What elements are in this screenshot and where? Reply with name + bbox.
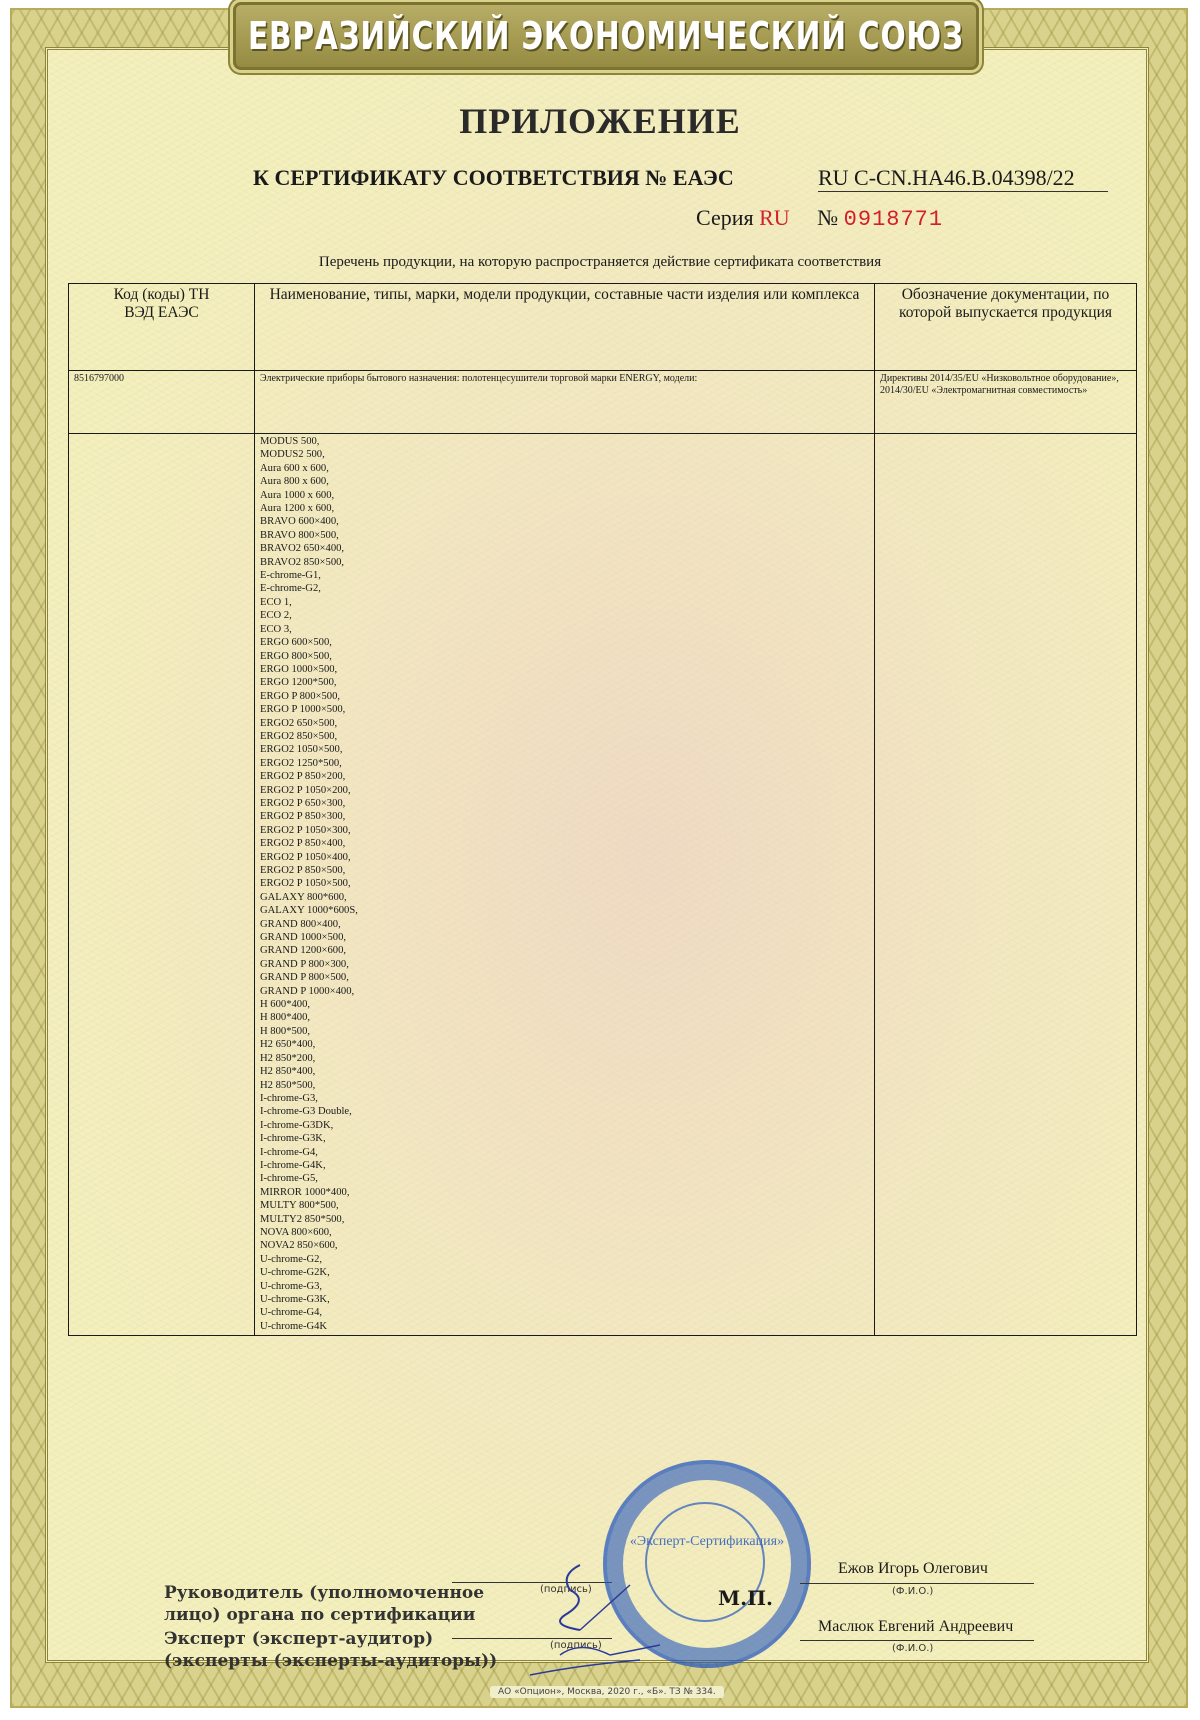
empty-cell xyxy=(875,434,1137,1336)
list-item: ERGO P 1000×500, xyxy=(260,703,869,716)
documentation: Директивы 2014/35/EU «Низковольтное обор… xyxy=(875,371,1137,434)
list-item: Aura 600 x 600, xyxy=(260,462,869,475)
list-item: BRAVO 800×500, xyxy=(260,529,869,542)
list-item: NOVA 800×600, xyxy=(260,1226,869,1239)
header-name: Наименование, типы, марки, модели продук… xyxy=(255,284,875,371)
list-item: U-chrome-G2, xyxy=(260,1253,869,1266)
list-item: MULTY 800*500, xyxy=(260,1199,869,1212)
list-item: GRAND P 1000×400, xyxy=(260,985,869,998)
list-item: U-chrome-G3, xyxy=(260,1280,869,1293)
list-item: ERGO2 P 850×300, xyxy=(260,810,869,823)
hs-code: 8516797000 xyxy=(69,371,255,434)
empty-cell xyxy=(69,434,255,1336)
list-item: ERGO2 P 1050×200, xyxy=(260,784,869,797)
list-item: BRAVO2 650×400, xyxy=(260,542,869,555)
head-label-line2: лицо) органа по сертификации xyxy=(164,1604,484,1626)
list-caption: Перечень продукции, на которую распростр… xyxy=(0,254,1200,271)
stamp-mark: М.П. xyxy=(718,1586,773,1610)
list-item: I-chrome-G4K, xyxy=(260,1159,869,1172)
table-row: MODUS 500,MODUS2 500,Aura 600 x 600,Aura… xyxy=(69,434,1137,1336)
list-item: BRAVO2 850×500, xyxy=(260,556,869,569)
expert-label-line2: (эксперты (эксперты-аудиторы)) xyxy=(164,1650,497,1672)
list-item: ERGO2 1250*500, xyxy=(260,757,869,770)
list-item: Aura 1000 x 600, xyxy=(260,489,869,502)
list-item: H 600*400, xyxy=(260,998,869,1011)
product-description: Электрические приборы бытового назначени… xyxy=(255,371,875,434)
list-item: MIRROR 1000*400, xyxy=(260,1186,869,1199)
union-banner: ЕВРАЗИЙСКИЙ ЭКОНОМИЧЕСКИЙ СОЮЗ xyxy=(233,2,979,70)
list-item: ERGO 1200*500, xyxy=(260,676,869,689)
list-item: BRAVO 600×400, xyxy=(260,515,869,528)
list-item: ERGO2 650×500, xyxy=(260,717,869,730)
certificate-number: RU C-CN.HA46.B.04398/22 xyxy=(818,165,1108,192)
expert-label-line1: Эксперт (эксперт-аудитор) xyxy=(164,1628,497,1650)
list-item: MODUS 500, xyxy=(260,435,869,448)
list-item: I-chrome-G3 Double, xyxy=(260,1105,869,1118)
head-label: Руководитель (уполномоченное лицо) орган… xyxy=(164,1582,484,1626)
header-documentation: Обозначение документации, по которой вып… xyxy=(875,284,1137,371)
list-item: ERGO 800×500, xyxy=(260,650,869,663)
list-item: U-chrome-G3K, xyxy=(260,1293,869,1306)
list-item: U-chrome-G4K xyxy=(260,1320,869,1333)
list-item: MULTY2 850*500, xyxy=(260,1213,869,1226)
series-label: Серия xyxy=(696,205,754,230)
list-item: I-chrome-G3DK, xyxy=(260,1119,869,1132)
head-fio-line xyxy=(800,1583,1034,1584)
expert-fio-caption: (Ф.И.О.) xyxy=(892,1643,933,1654)
list-item: ECO 2, xyxy=(260,609,869,622)
series-row: Серия RU № 0918771 xyxy=(696,205,943,232)
expert-label: Эксперт (эксперт-аудитор) (эксперты (экс… xyxy=(164,1628,497,1672)
list-item: ERGO P 800×500, xyxy=(260,690,869,703)
list-item: GRAND 1000×500, xyxy=(260,931,869,944)
list-item: E-chrome-G1, xyxy=(260,569,869,582)
certificate-label: К СЕРТИФИКАТУ СООТВЕТСТВИЯ № ЕАЭС xyxy=(253,165,734,191)
page-title: ПРИЛОЖЕНИЕ xyxy=(0,100,1200,142)
list-item: I-chrome-G5, xyxy=(260,1172,869,1185)
list-item: U-chrome-G2K, xyxy=(260,1266,869,1279)
list-item: I-chrome-G3, xyxy=(260,1092,869,1105)
table-header-row: Код (коды) ТН ВЭД ЕАЭС Наименование, тип… xyxy=(69,284,1137,371)
list-item: ERGO2 P 850×400, xyxy=(260,837,869,850)
list-item: GRAND 800×400, xyxy=(260,918,869,931)
list-item: I-chrome-G4, xyxy=(260,1146,869,1159)
list-item: H2 650*400, xyxy=(260,1038,869,1051)
series-value: RU xyxy=(759,205,790,230)
list-item: ERGO2 P 850×200, xyxy=(260,770,869,783)
list-item: ERGO2 P 850×500, xyxy=(260,864,869,877)
serial-number: 0918771 xyxy=(844,207,943,232)
number-label: № xyxy=(817,205,838,230)
list-item: GALAXY 800*600, xyxy=(260,891,869,904)
list-item: ERGO 1000×500, xyxy=(260,663,869,676)
list-item: ECO 1, xyxy=(260,596,869,609)
list-item: H2 850*200, xyxy=(260,1052,869,1065)
list-item: I-chrome-G3K, xyxy=(260,1132,869,1145)
head-name: Ежов Игорь Олегович xyxy=(838,1560,988,1578)
list-item: MODUS2 500, xyxy=(260,448,869,461)
union-name: ЕВРАЗИЙСКИЙ ЭКОНОМИЧЕСКИЙ СОЮЗ xyxy=(248,14,964,58)
list-item: Aura 800 x 600, xyxy=(260,475,869,488)
handwritten-signature xyxy=(520,1545,670,1685)
list-item: ERGO 600×500, xyxy=(260,636,869,649)
head-label-line1: Руководитель (уполномоченное xyxy=(164,1582,484,1604)
list-item: Aura 1200 x 600, xyxy=(260,502,869,515)
list-item: GRAND P 800×300, xyxy=(260,958,869,971)
models-list: MODUS 500,MODUS2 500,Aura 600 x 600,Aura… xyxy=(255,434,875,1336)
products-table: Код (коды) ТН ВЭД ЕАЭС Наименование, тип… xyxy=(68,283,1137,1336)
list-item: ERGO2 P 1050×500, xyxy=(260,877,869,890)
list-item: ERGO2 850×500, xyxy=(260,730,869,743)
list-item: ERGO2 P 1050×300, xyxy=(260,824,869,837)
header-code: Код (коды) ТН ВЭД ЕАЭС xyxy=(69,284,255,371)
list-item: ERGO2 P 650×300, xyxy=(260,797,869,810)
table-row: 8516797000 Электрические приборы бытовог… xyxy=(69,371,1137,434)
printer-imprint: АО «Опцион», Москва, 2020 г., «Б». ТЗ № … xyxy=(490,1686,724,1698)
head-fio-caption: (Ф.И.О.) xyxy=(892,1586,933,1597)
list-item: ERGO2 P 1050×400, xyxy=(260,851,869,864)
list-item: H 800*500, xyxy=(260,1025,869,1038)
list-item: GALAXY 1000*600S, xyxy=(260,904,869,917)
list-item: ECO 3, xyxy=(260,623,869,636)
expert-fio-line xyxy=(800,1640,1034,1641)
list-item: E-chrome-G2, xyxy=(260,582,869,595)
list-item: GRAND P 800×500, xyxy=(260,971,869,984)
list-item: H2 850*500, xyxy=(260,1079,869,1092)
list-item: ERGO2 1050×500, xyxy=(260,743,869,756)
list-item: NOVA2 850×600, xyxy=(260,1239,869,1252)
list-item: H 800*400, xyxy=(260,1011,869,1024)
list-item: GRAND 1200×600, xyxy=(260,944,869,957)
list-item: U-chrome-G4, xyxy=(260,1306,869,1319)
list-item: H2 850*400, xyxy=(260,1065,869,1078)
expert-name: Маслюк Евгений Андреевич xyxy=(818,1618,1013,1636)
